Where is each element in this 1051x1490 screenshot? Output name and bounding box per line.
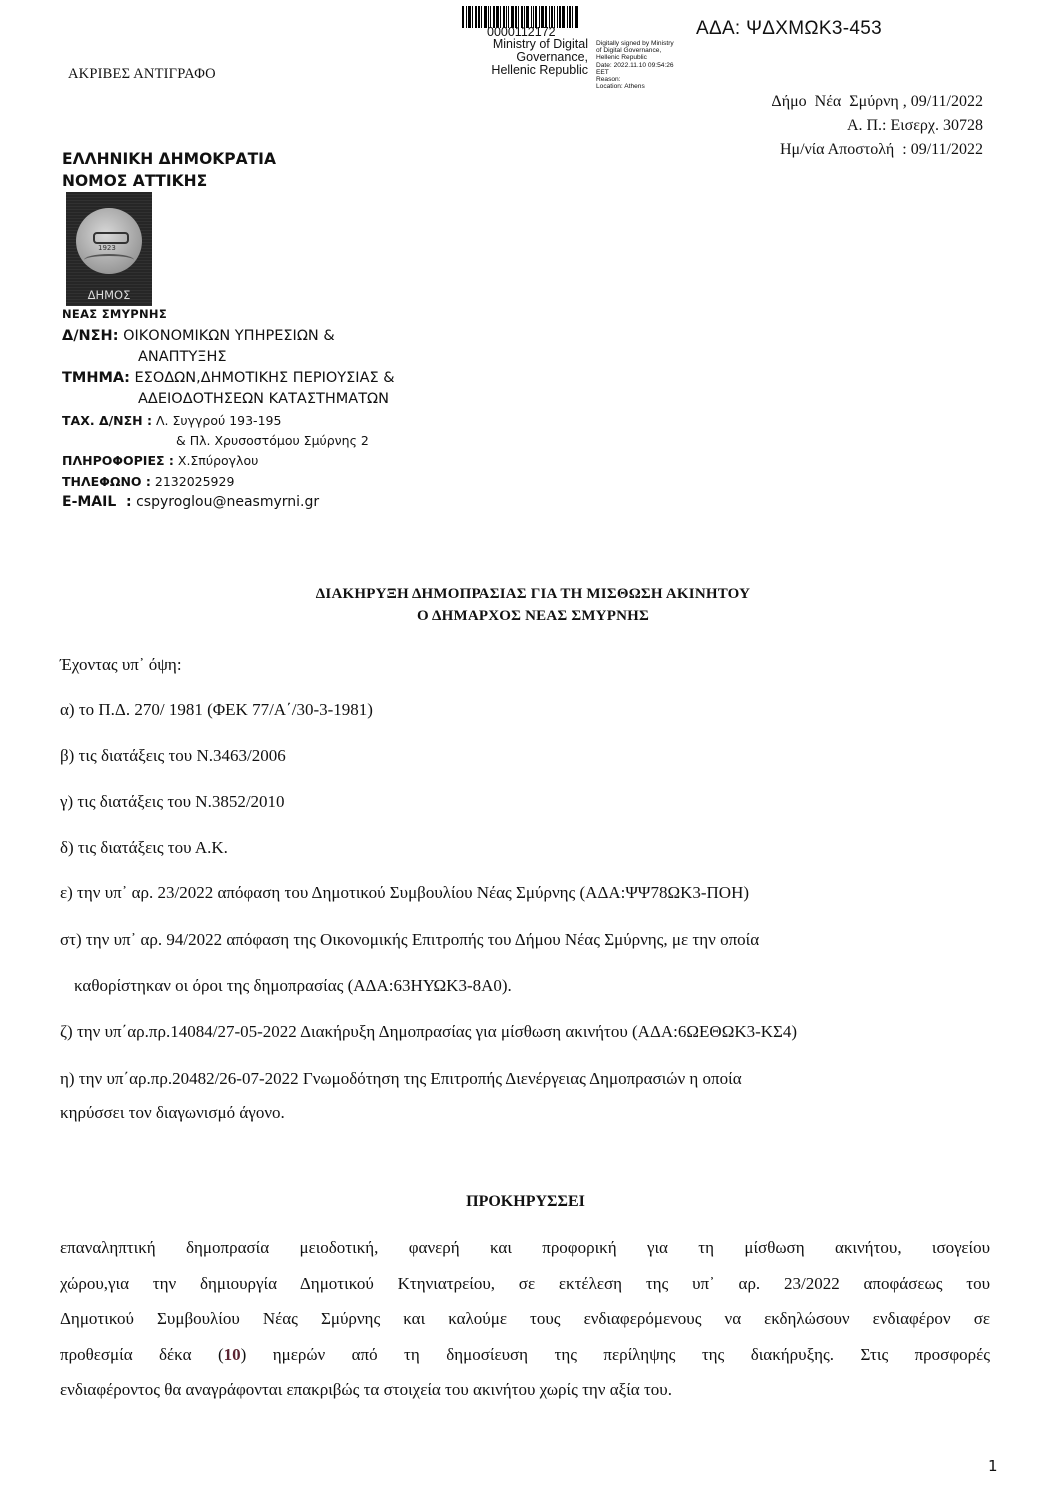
phone-value: 2132025929: [151, 471, 235, 492]
preamble-item: ε) την υπ᾽ αρ. 23/2022 απόφαση του Δημοτ…: [60, 883, 749, 903]
coin-emblem-icon: 1923: [76, 208, 142, 274]
body-line: ενδιαφέροντος θα αναγράφονται επακριβώς …: [60, 1372, 990, 1408]
department-row: ΤΜΗΜΑ: ΕΣΟΔΩΝ,ΔΗΜΟΤΙΚΗΣ ΠΕΡΙΟΥΣΙΑΣ &: [62, 368, 395, 389]
preamble-item: στ) την υπ᾽ αρ. 94/2022 απόφαση της Οικο…: [60, 930, 759, 950]
body-line: Δημοτικού Συμβουλίου Νέας Σμύρνης και κα…: [60, 1301, 990, 1337]
info-label: ΠΛΗΡΟΦΟΡΙΕΣ :: [62, 450, 174, 471]
address-value: Λ. Συγγρού 193-195: [152, 410, 281, 431]
address-row: ΤΑΧ. Δ/ΝΣΗ : Λ. Συγγρού 193-195: [62, 410, 395, 431]
proclaims-heading: ΠΡΟΚΗΡΥΣΣΕΙ: [0, 1193, 1051, 1211]
page-number: 1: [988, 1457, 998, 1475]
preamble-item: η) την υπ΄αρ.πρ.20482/26-07-2022 Γνωμοδό…: [60, 1069, 742, 1089]
ada-code: ΑΔΑ: ΨΔΧΜΩΚ3-453: [696, 18, 882, 40]
department-value: ΕΣΟΔΩΝ,ΔΗΜΟΤΙΚΗΣ ΠΕΡΙΟΥΣΙΑΣ &: [130, 368, 395, 389]
body-line: επαναληπτική δημοπρασία μειοδοτική, φανε…: [60, 1230, 990, 1266]
protocol-number: Α. Π.: Εισερχ. 30728: [771, 114, 983, 138]
place-date: Δήμο Νέα Σμύρνη , 09/11/2022: [771, 90, 983, 114]
prefecture-name: ΝΟΜΟΣ ΑΤΤΙΚΗΣ: [62, 170, 276, 192]
directorate-value: ΟΙΚΟΝΟΜΙΚΩΝ ΥΠΗΡΕΣΙΩΝ &: [119, 326, 335, 347]
signature-detail-line: Digitally signed by Ministry: [596, 40, 706, 47]
preamble-item: δ) τις διατάξεις του Α.Κ.: [60, 838, 228, 858]
preamble-item-cont: καθορίστηκαν οι όροι της δημοπρασίας (ΑΔ…: [74, 976, 512, 996]
body-line: προθεσμία δέκα (10) ημερών από τη δημοσί…: [60, 1337, 990, 1373]
preamble-intro: Έχοντας υπ᾽ όψη:: [60, 655, 182, 675]
contact-block: Δ/ΝΣΗ: ΟΙΚΟΝΟΜΙΚΩΝ ΥΠΗΡΕΣΙΩΝ & ΑΝΑΠΤΥΞΗΣ…: [62, 326, 395, 513]
department-value-cont: ΑΔΕΙΟΔΟΤΗΣΕΩΝ ΚΑΤΑΣΤΗΜΑΤΩΝ: [62, 389, 395, 410]
body-line: χώρου,για την δημιουργία Δημοτικού Κτηνι…: [60, 1266, 990, 1302]
signature-detail-line: Location: Athens: [596, 83, 706, 90]
signature-details: Digitally signed by Ministry of Digital …: [596, 40, 706, 90]
preamble-item-cont: κηρύσσει τον διαγωνισμό άγονο.: [60, 1103, 285, 1123]
date-block: Δήμο Νέα Σμύρνη , 09/11/2022 Α. Π.: Εισε…: [771, 90, 983, 162]
preamble-item: ζ) την υπ΄αρ.πρ.14084/27-05-2022 Διακήρυ…: [60, 1022, 797, 1042]
directorate-value-cont: ΑΝΑΠΤΥΞΗΣ: [62, 347, 395, 368]
directorate-row: Δ/ΝΣΗ: ΟΙΚΟΝΟΜΙΚΩΝ ΥΠΗΡΕΣΙΩΝ &: [62, 326, 395, 347]
preamble-item: β) τις διατάξεις του Ν.3463/2006: [60, 746, 286, 766]
deadline-days: 10: [224, 1345, 241, 1364]
signer-org-line: Hellenic Republic: [486, 64, 588, 77]
title-line: Ο ΔΗΜΑΡΧΟΣ ΝΕΑΣ ΣΜΥΡΝΗΣ: [0, 605, 1051, 627]
send-date: Ημ/νία Αποστολή : 09/11/2022: [771, 138, 983, 162]
signer-organization: Ministry of Digital Governance, Hellenic…: [486, 38, 588, 77]
logo-label: ΔΗΜΟΣ: [66, 288, 152, 302]
info-value: Χ.Σπύρογλου: [174, 450, 258, 471]
document-title: ΔΙΑΚΗΡΥΞΗ ΔΗΜΟΠΡΑΣΙΑΣ ΓΙΑ ΤΗ ΜΙΣΘΩΣΗ ΑΚΙ…: [0, 583, 1051, 627]
proclamation-body: επαναληπτική δημοπρασία μειοδοτική, φανε…: [60, 1230, 990, 1408]
preamble-item: γ) τις διατάξεις του Ν.3852/2010: [60, 792, 285, 812]
issuer-header: ΕΛΛΗΝΙΚΗ ΔΗΜΟΚΡΑΤΙΑ ΝΟΜΟΣ ΑΤΤΙΚΗΣ: [62, 148, 276, 192]
preamble-item: α) το Π.Δ. 270/ 1981 (ΦΕΚ 77/Α΄/30-3-198…: [60, 700, 373, 720]
phone-label: ΤΗΛΕΦΩΝΟ :: [62, 471, 151, 492]
signature-detail-line: Date: 2022.11.10 09:54:26: [596, 62, 706, 69]
signature-detail-line: of Digital Governance,: [596, 47, 706, 54]
signature-detail-line: EET: [596, 69, 706, 76]
phone-row: ΤΗΛΕΦΩΝΟ : 2132025929: [62, 471, 395, 492]
signature-detail-line: Reason:: [596, 76, 706, 83]
signature-detail-line: Hellenic Republic: [596, 54, 706, 61]
republic-name: ΕΛΛΗΝΙΚΗ ΔΗΜΟΚΡΑΤΙΑ: [62, 148, 276, 170]
address-value-cont: & Πλ. Χρυσοστόμου Σμύρνης 2: [62, 431, 395, 450]
email-label: E-MAIL :: [62, 492, 132, 513]
directorate-label: Δ/ΝΣΗ:: [62, 326, 119, 347]
address-label: ΤΑΧ. Δ/ΝΣΗ :: [62, 410, 152, 431]
info-row: ΠΛΗΡΟΦΟΡΙΕΣ : Χ.Σπύρογλου: [62, 450, 395, 471]
title-line: ΔΙΑΚΗΡΥΞΗ ΔΗΜΟΠΡΑΣΙΑΣ ΓΙΑ ΤΗ ΜΙΣΘΩΣΗ ΑΚΙ…: [0, 583, 1051, 605]
email-row: E-MAIL : cspyroglou@neasmyrni.gr: [62, 492, 395, 513]
municipality-logo: 1923 ΔΗΜΟΣ: [66, 192, 152, 306]
municipality-name: ΝΕΑΣ ΣΜΥΡΝΗΣ: [62, 307, 167, 321]
email-value: cspyroglou@neasmyrni.gr: [132, 492, 320, 513]
exact-copy-label: ΑΚΡΙΒΕΣ ΑΝΤΙΓΡΑΦΟ: [68, 66, 216, 83]
department-label: ΤΜΗΜΑ:: [62, 368, 130, 389]
